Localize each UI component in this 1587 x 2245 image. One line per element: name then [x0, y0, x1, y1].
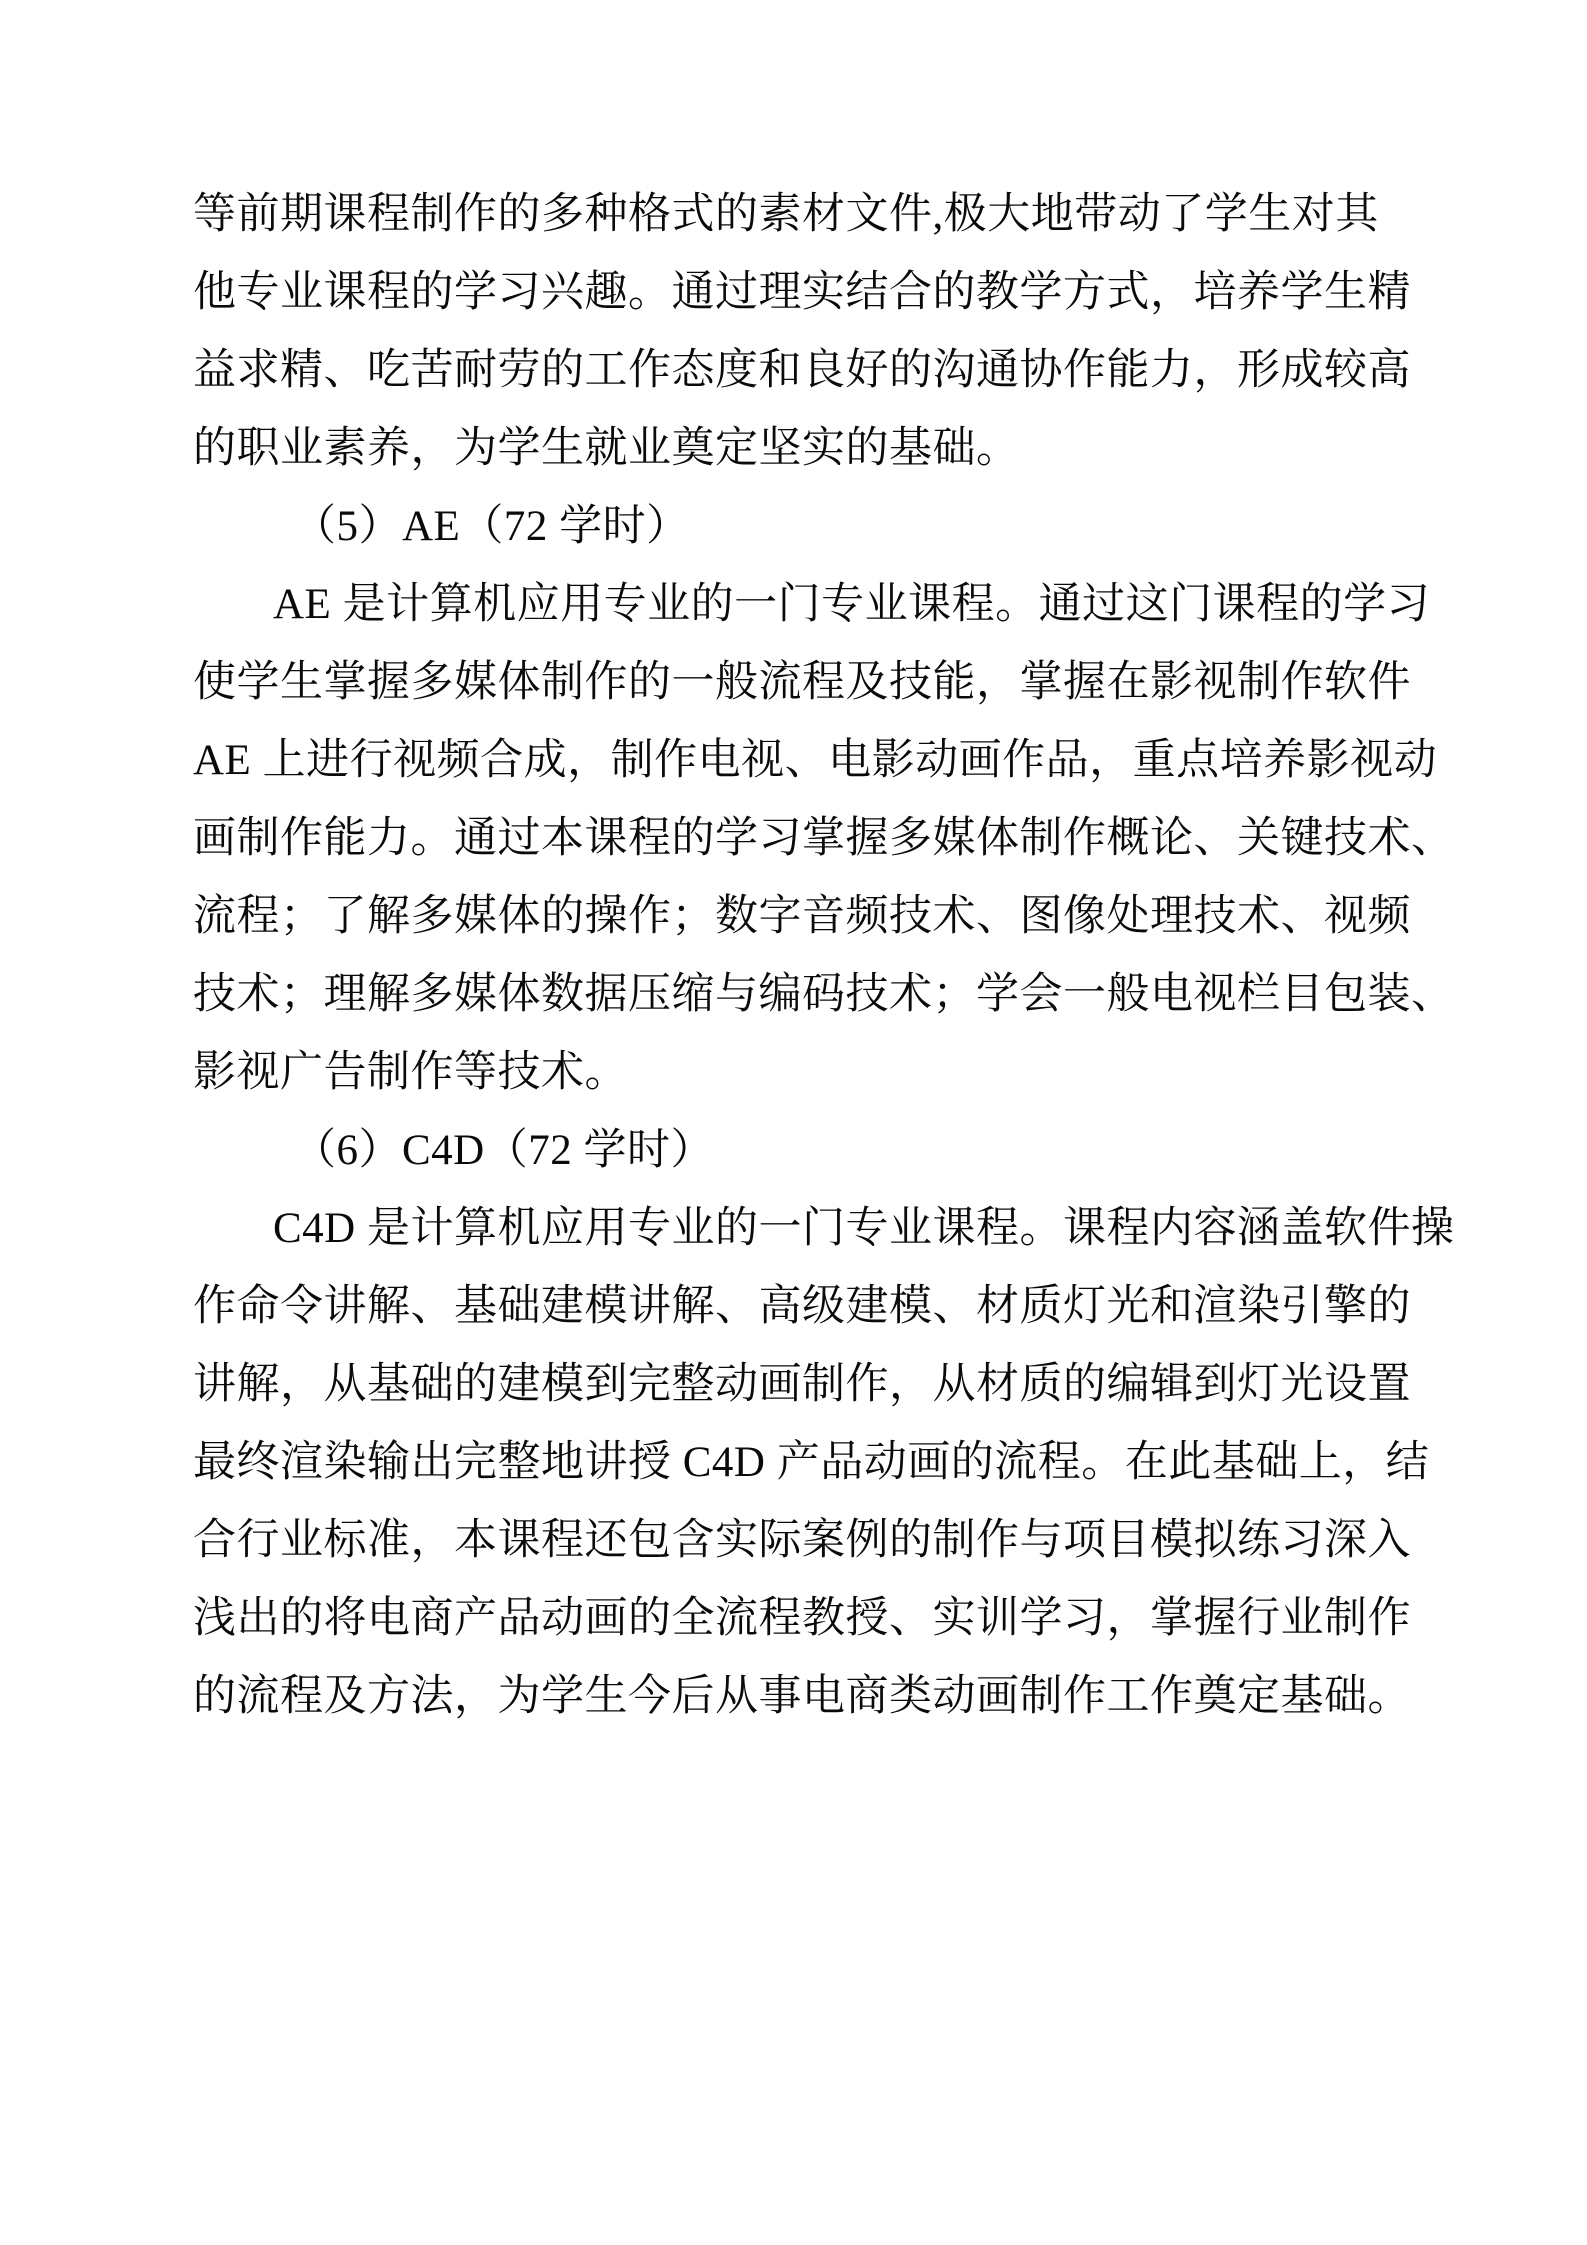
text-line: 使学生掌握多媒体制作的一般流程及技能，掌握在影视制作软件 [193, 644, 1409, 722]
text-line: 合行业标准，本课程还包含实际案例的制作与项目模拟练习深入 [193, 1502, 1409, 1580]
text-line: AE 是计算机应用专业的一门专业课程。通过这门课程的学习 [193, 566, 1409, 644]
text-line: C4D 是计算机应用专业的一门专业课程。课程内容涵盖软件操 [193, 1190, 1409, 1268]
text-line: 他专业课程的学习兴趣。通过理实结合的教学方式，培养学生精 [193, 254, 1409, 332]
text-line: 浅出的将电商产品动画的全流程教授、实训学习，掌握行业制作 [193, 1580, 1409, 1658]
heading-line: （6）C4D（72 学时） [193, 1112, 1409, 1190]
text-line: 技术；理解多媒体数据压缩与编码技术；学会一般电视栏目包装、 [193, 956, 1409, 1034]
text-line: 的流程及方法，为学生今后从事电商类动画制作工作奠定基础。 [193, 1658, 1409, 1736]
text-line: 讲解，从基础的建模到完整动画制作，从材质的编辑到灯光设置 [193, 1346, 1409, 1424]
heading-line: （5）AE（72 学时） [193, 488, 1409, 566]
text-line: 流程；了解多媒体的操作；数字音频技术、图像处理技术、视频 [193, 878, 1409, 956]
text-line: 画制作能力。通过本课程的学习掌握多媒体制作概论、关键技术、 [193, 800, 1409, 878]
text-line: AE 上进行视频合成，制作电视、电影动画作品，重点培养影视动 [193, 722, 1409, 800]
text-line: 益求精、吃苦耐劳的工作态度和良好的沟通协作能力，形成较高 [193, 332, 1409, 410]
text-line: 作命令讲解、基础建模讲解、高级建模、材质灯光和渲染引擎的 [193, 1268, 1409, 1346]
text-line: 最终渲染输出完整地讲授 C4D 产品动画的流程。在此基础上，结 [193, 1424, 1409, 1502]
text-line: 影视广告制作等技术。 [193, 1034, 1409, 1112]
document-text-block: 等前期课程制作的多种格式的素材文件,极大地带动了学生对其他专业课程的学习兴趣。通… [193, 176, 1409, 1736]
document-page: 等前期课程制作的多种格式的素材文件,极大地带动了学生对其他专业课程的学习兴趣。通… [0, 0, 1587, 2245]
text-line: 等前期课程制作的多种格式的素材文件,极大地带动了学生对其 [193, 176, 1409, 254]
text-line: 的职业素养，为学生就业奠定坚实的基础。 [193, 410, 1409, 488]
